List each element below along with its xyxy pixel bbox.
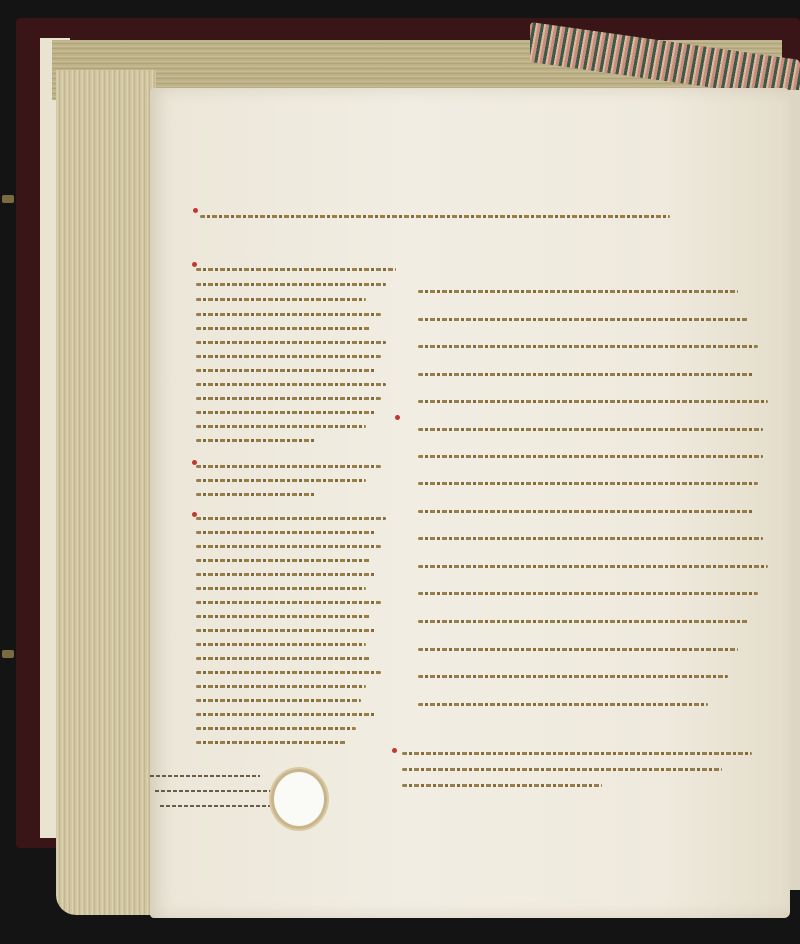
script-line <box>402 784 602 787</box>
script-line <box>196 479 366 482</box>
script-line <box>196 283 386 286</box>
script-line <box>196 493 316 496</box>
script-line <box>200 215 670 218</box>
script-line <box>402 752 752 755</box>
script-line <box>196 313 381 316</box>
rubric-initial <box>192 460 197 465</box>
script-line <box>196 657 371 660</box>
script-line <box>418 345 758 348</box>
script-line <box>196 601 381 604</box>
script-line <box>196 741 346 744</box>
script-line <box>196 699 361 702</box>
script-line <box>418 537 763 540</box>
script-line <box>196 587 366 590</box>
script-line <box>196 327 371 330</box>
script-line <box>418 510 753 513</box>
script-line <box>196 411 376 414</box>
script-line <box>160 805 270 807</box>
script-line <box>196 629 376 632</box>
script-line <box>196 383 386 386</box>
script-line <box>196 559 371 562</box>
clasp <box>2 650 14 658</box>
script-line <box>196 517 386 520</box>
script-line <box>402 768 722 771</box>
script-line <box>418 648 738 651</box>
rubric-initial <box>395 415 400 420</box>
script-line <box>418 318 748 321</box>
rubric-initial <box>192 512 197 517</box>
script-line <box>418 482 758 485</box>
script-line <box>196 369 376 372</box>
script-line <box>418 400 768 403</box>
rubric-initial <box>392 748 397 753</box>
script-line <box>196 397 381 400</box>
script-line <box>196 545 381 548</box>
script-line <box>418 592 758 595</box>
script-line <box>196 685 366 688</box>
script-line <box>196 713 376 716</box>
script-line <box>196 531 376 534</box>
script-line <box>196 573 376 576</box>
clasp <box>2 195 14 203</box>
script-line <box>196 355 381 358</box>
script-line <box>418 373 753 376</box>
script-line <box>150 775 260 777</box>
script-line <box>196 671 381 674</box>
script-line <box>196 341 386 344</box>
script-line <box>196 615 371 618</box>
script-line <box>196 727 356 730</box>
script-line <box>418 675 728 678</box>
script-line <box>196 425 366 428</box>
script-line <box>196 465 381 468</box>
manuscript-page <box>150 88 790 918</box>
script-line <box>196 268 396 271</box>
rubric-initial <box>192 262 197 267</box>
script-line <box>155 790 275 792</box>
rubric-initial <box>193 208 198 213</box>
script-line <box>418 455 763 458</box>
script-line <box>418 703 708 706</box>
script-line <box>418 290 738 293</box>
text-block-fore-edge <box>56 70 156 915</box>
script-line <box>418 620 748 623</box>
script-line <box>196 643 366 646</box>
script-line <box>418 565 768 568</box>
script-line <box>196 439 316 442</box>
parchment-hole <box>274 772 324 826</box>
script-line <box>196 298 366 301</box>
script-line <box>418 428 763 431</box>
